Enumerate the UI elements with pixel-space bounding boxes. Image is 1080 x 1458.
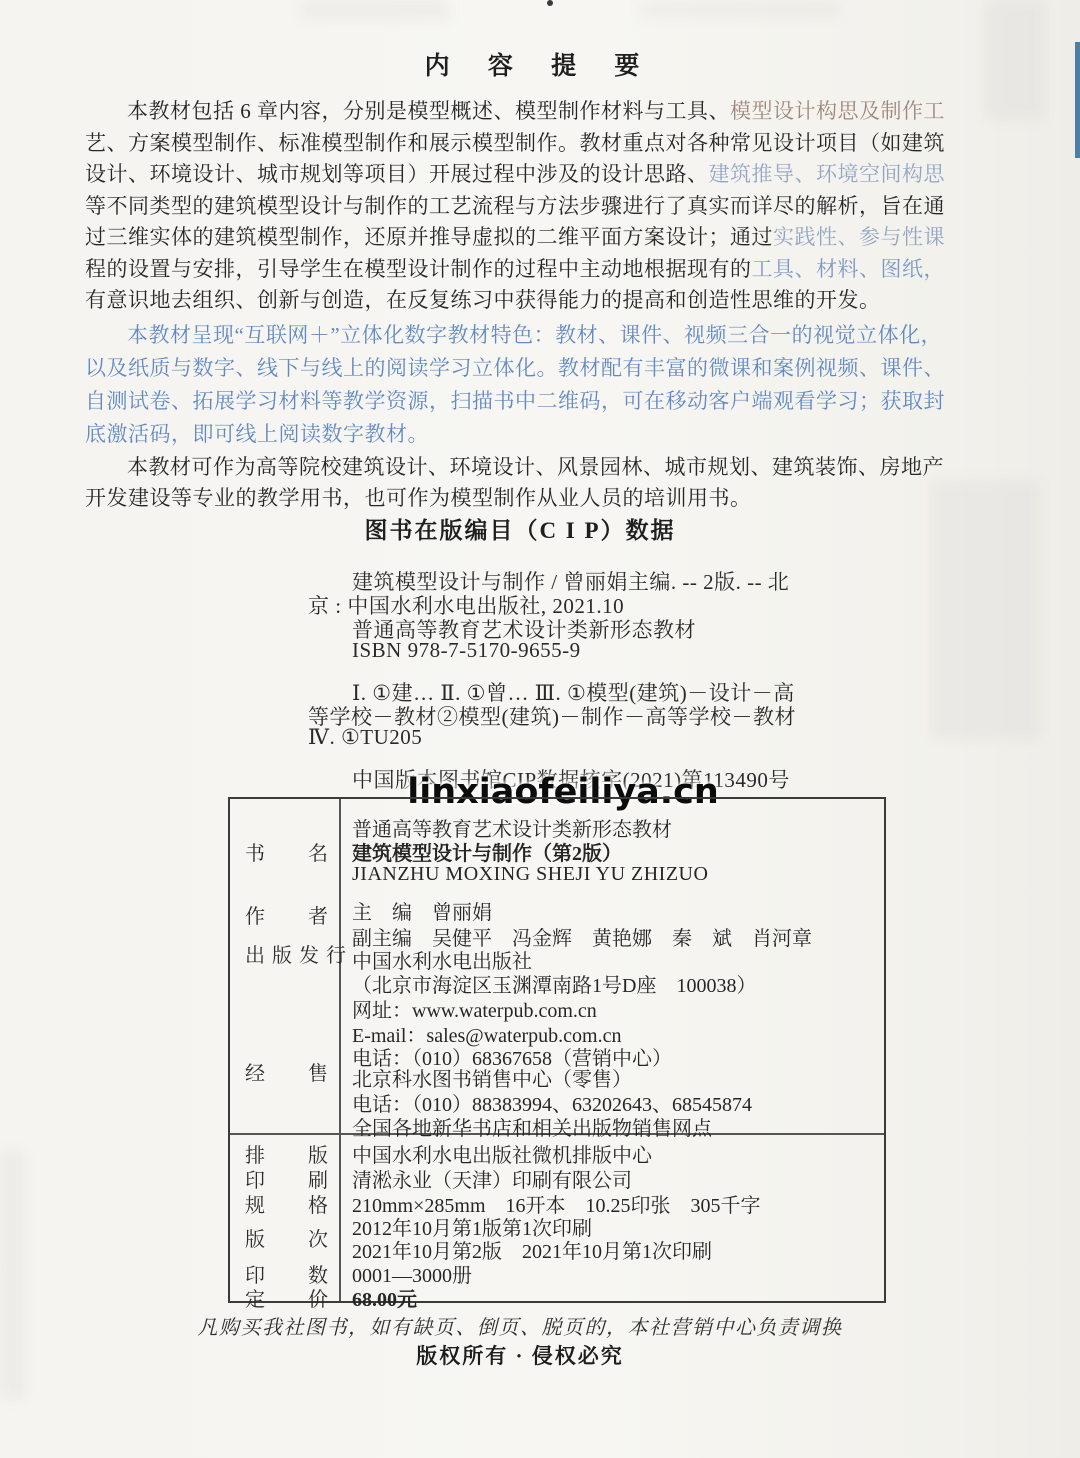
price-value: 68.00元 [352,1283,417,1312]
label-price: 定 价 [245,1283,329,1312]
label-edition: 版 次 [245,1223,329,1252]
text-segment: 本教材包括 6 章内容，分别是模型概述、模型制作材料与工具、 [127,99,730,123]
page-title: 内 容 提 要 [0,46,1080,82]
text-segment: 过三维实体的建筑模型制作，还原并推导虚拟的二维平面方案设计；通过 [85,225,773,249]
text-line: 以及纸质与数字、线下与线上的阅读学习立体化。教材配有丰富的微课和案例视频、课件、 [85,352,965,385]
summary-paragraph-3-audience: 本教材可作为高等院校建筑设计、环境设计、风景园林、城市规划、建筑装饰、房地产 开… [85,452,965,514]
text-line: 开发建设等专业的教学用书，也可作为模型制作从业人员的培训用书。 [85,483,965,514]
text-line: 有意识地去组织、创新与创造，在反复练习中获得能力的提高和创造性思维的开发。 [85,285,965,317]
exchange-notice: 凡购买我社图书，如有缺页、倒页、脱页的，本社营销中心负责调换 [85,1311,955,1340]
text-line: 本教材包括 6 章内容，分别是模型概述、模型制作材料与工具、模型设计构思及制作工 [85,96,965,128]
showthrough-smudge [0,1150,26,1400]
text-line: 自测试卷、拓展学习材料等教学资源，扫描书中二维码，可在移动客户端观看学习；获取封 [85,385,965,418]
text-segment: 模型设计构思及制作工 [730,99,945,123]
scanned-copyright-page: 内 容 提 要 本教材包括 6 章内容，分别是模型概述、模型制作材料与工具、模型… [0,0,1080,1458]
text-segment: 程的设置与安排，引导学生在模型设计制作的过程中主动地根据现有的 [85,257,752,281]
table-vertical-divider [339,799,341,1301]
text-segment: 建筑推导、环境空间构思 [709,162,946,186]
summary-paragraph-1: 本教材包括 6 章内容，分别是模型概述、模型制作材料与工具、模型设计构思及制作工… [85,96,965,317]
book-title: 建筑模型设计与制作（第2版） [352,837,622,866]
label-book-title: 书 名 [245,837,329,866]
chief-editor: 主 编 曾丽娟 [352,896,492,925]
label-format: 规 格 [245,1189,329,1218]
cip-heading: 图书在版编目（C I P）数据 [85,512,955,545]
text-line: 本教材可作为高等院校建筑设计、环境设计、风景园林、城市规划、建筑装饰、房地产 [85,452,965,483]
copyright-statement: 版权所有 · 侵权必究 [85,1340,955,1370]
text-segment: 工具、材料、图纸， [752,257,946,281]
showthrough-smudge [640,2,840,18]
cip-isbn: ISBN 978-7-5170-9655-9 [352,638,581,663]
text-line: 艺、方案模型制作、标准模型制作和展示模型制作。教材重点对各种常见设计项目（如建筑 [85,128,965,160]
text-line: 等不同类型的建筑模型设计与制作的工艺流程与方法步骤进行了真实而详尽的解析，旨在通 [85,191,965,223]
label-publisher: 出 版 发 行 [245,939,347,968]
text-line: 过三维实体的建筑模型制作，还原并推导虚拟的二维平面方案设计；通过实践性、参与性课 [85,222,965,254]
text-line: 设计、环境设计、城市规划等项目）开展过程中涉及的设计思路、建筑推导、环境空间构思 [85,159,965,191]
text-line: 程的设置与安排，引导学生在模型设计制作的过程中主动地根据现有的工具、材料、图纸， [85,254,965,286]
showthrough-smudge [300,0,450,20]
text-segment: 实践性、参与性课 [773,225,945,249]
seller-network: 全国各地新华书店和相关出版物销售网点 [352,1112,712,1141]
label-seller: 经 售 [245,1057,329,1086]
text-line: 本教材呈现“互联网＋”立体化数字教材特色：教材、课件、视频三合一的视觉立体化， [85,319,965,352]
cip-classification-line: Ⅳ. ①TU205 [308,725,422,750]
colophon-table: 书 名 作 者 出 版 发 行 经 售 排 版 印 刷 规 格 版 次 印 数 … [228,797,886,1303]
text-segment: 设计、环境设计、城市规划等项目）开展过程中涉及的设计思路、 [85,162,709,186]
book-title-pinyin: JIANZHU MOXING SHEJI YU ZHIZUO [352,863,708,886]
scan-speck [547,0,553,6]
text-line: 底激活码，即可线上阅读数字教材。 [85,418,965,451]
summary-paragraph-2-digital-features: 本教材呈现“互联网＋”立体化数字教材特色：教材、课件、视频三合一的视觉立体化， … [85,319,965,451]
label-author: 作 者 [245,900,329,929]
